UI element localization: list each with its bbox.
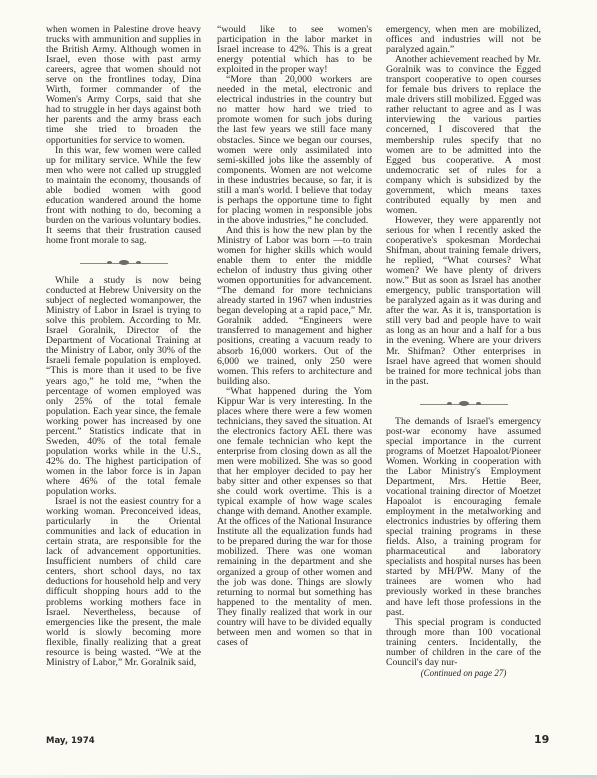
magazine-page: when women in Palestine drove heavy truc… bbox=[0, 0, 597, 778]
paragraph: And this is how the new plan by the Mini… bbox=[217, 226, 372, 387]
continued-on-page-note: (Continued on page 27) bbox=[386, 668, 541, 678]
article-column-1: when women in Palestine drove heavy truc… bbox=[46, 25, 201, 668]
section-divider-ornament bbox=[420, 399, 508, 409]
paragraph: “would like to see women's participation… bbox=[217, 25, 372, 75]
issue-date: May, 1974 bbox=[46, 736, 95, 746]
paragraph: However, they were apparently not seriou… bbox=[386, 216, 541, 387]
article-column-2: “would like to see women's participation… bbox=[217, 25, 372, 648]
paragraph: Israel is not the easiest country for a … bbox=[46, 497, 201, 668]
paragraph: “What happened during the Yom Kippur War… bbox=[217, 387, 372, 648]
paragraph: Another achievement reached by Mr. Goral… bbox=[386, 55, 541, 216]
paragraph: emergency, when men are mobilized, offic… bbox=[386, 25, 541, 55]
paragraph: The demands of Israel's emergency post-w… bbox=[386, 417, 541, 618]
paragraph: In this war, few women were called up fo… bbox=[46, 146, 201, 246]
article-column-3: emergency, when men are mobilized, offic… bbox=[386, 25, 541, 678]
paragraph: This special program is conducted throug… bbox=[386, 618, 541, 668]
section-divider-ornament bbox=[80, 258, 168, 268]
paragraph: when women in Palestine drove heavy truc… bbox=[46, 25, 201, 146]
paragraph: “More than 20,000 workers are needed in … bbox=[217, 75, 372, 226]
page-number: 19 bbox=[534, 733, 549, 746]
paragraph: While a study is now being conducted at … bbox=[46, 276, 201, 497]
